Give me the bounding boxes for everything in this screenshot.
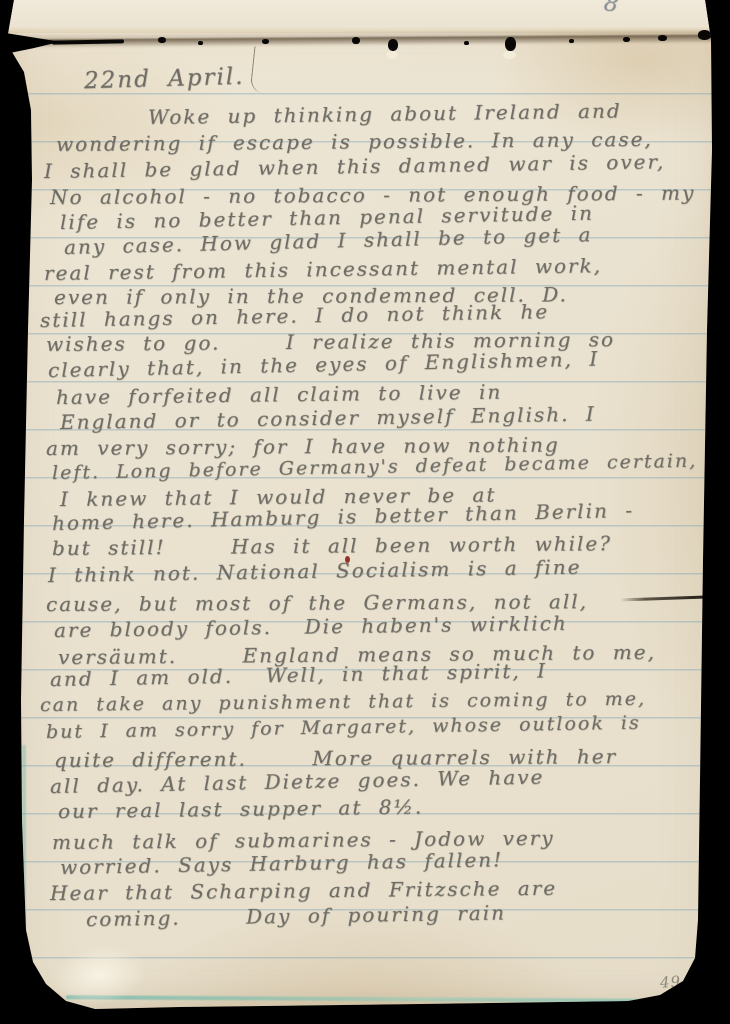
page-top-fold-strip bbox=[0, 0, 730, 33]
tear-hole bbox=[262, 39, 269, 44]
tear-hole bbox=[464, 41, 469, 45]
tear-hole bbox=[388, 39, 398, 51]
page-number: 49 bbox=[659, 972, 681, 991]
tear-hole bbox=[505, 37, 516, 51]
tear-hole bbox=[198, 41, 203, 45]
tear-hole-highlight bbox=[503, 51, 516, 59]
tear-hole bbox=[569, 39, 574, 43]
tear-hole-highlight bbox=[386, 51, 398, 59]
date-heading: 22nd April. bbox=[84, 64, 245, 94]
tear-hole bbox=[623, 37, 630, 42]
tear-hole bbox=[658, 35, 667, 41]
tear-hole bbox=[698, 30, 711, 40]
red-ink-speck bbox=[345, 556, 350, 563]
scanned-diary-photo: 8 22nd April. Woke up thinking about Ire… bbox=[0, 0, 730, 1024]
tear-hole bbox=[352, 37, 360, 44]
diary-page: 8 22nd April. Woke up thinking about Ire… bbox=[0, 0, 730, 1024]
tear-crack bbox=[250, 46, 270, 93]
diary-line: our real last supper at 8½. bbox=[58, 796, 423, 822]
scan-edge-artifact-left bbox=[22, 745, 26, 960]
tear-hole bbox=[158, 37, 166, 43]
scan-edge-artifact-bottom bbox=[66, 995, 658, 1003]
